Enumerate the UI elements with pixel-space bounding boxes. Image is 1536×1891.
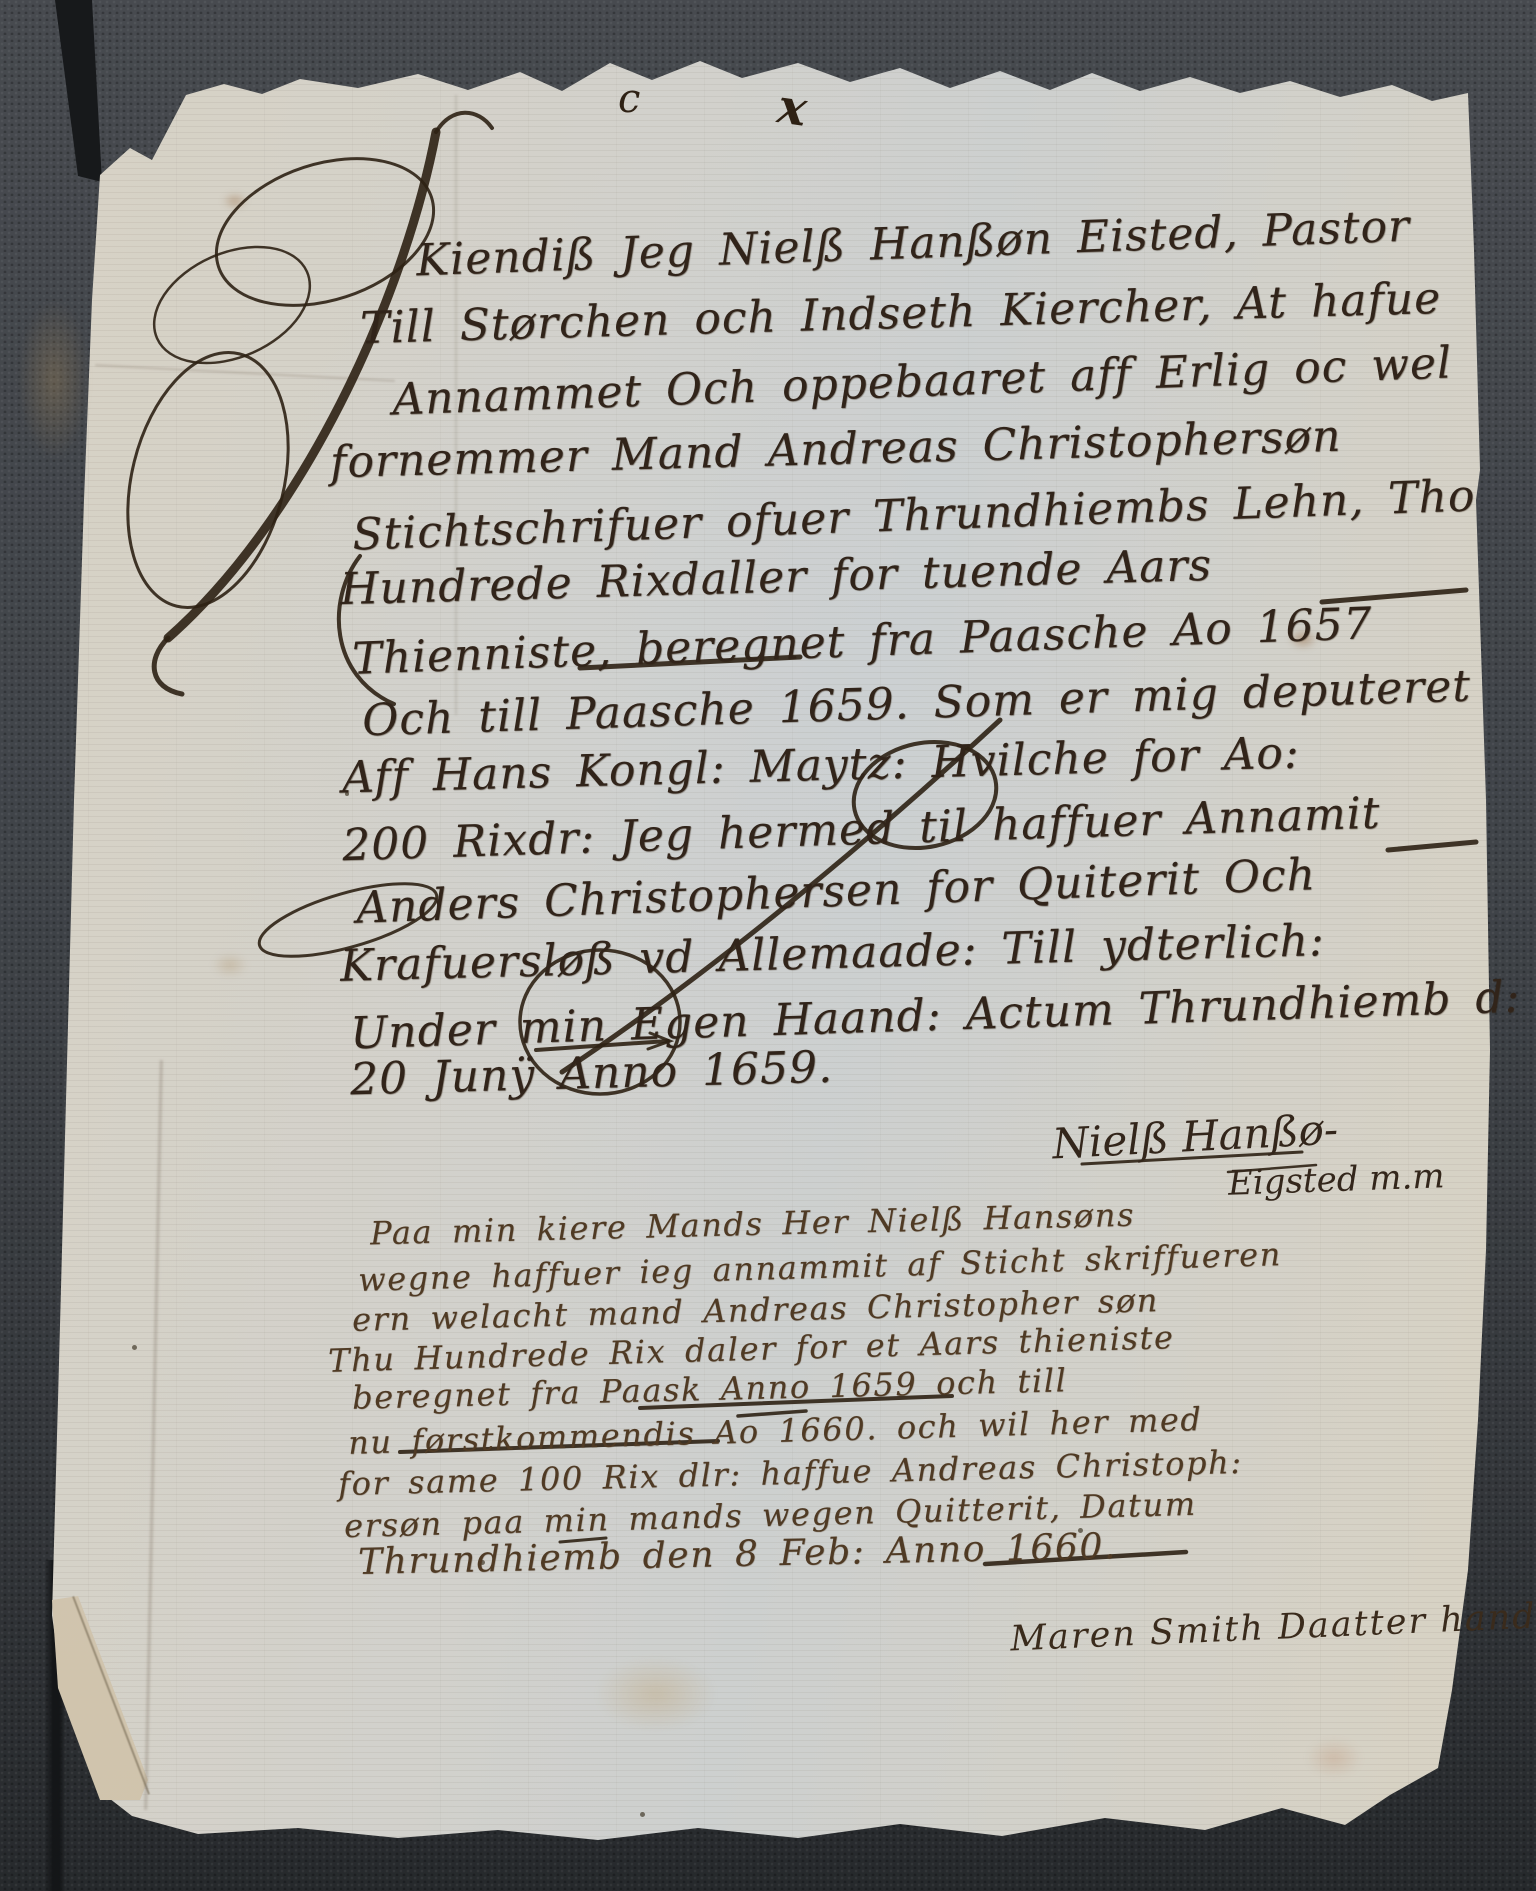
ink-speck [345, 792, 349, 796]
ink-speck [480, 1560, 485, 1565]
paper-stain [18, 300, 90, 460]
ink-speck [640, 1812, 645, 1817]
ink-speck [1078, 1528, 1083, 1533]
photo-background: c x Kiendiß Jeg Nielß Hanßøn Eisted, Pas… [0, 0, 1536, 1891]
paper-stain [212, 952, 248, 978]
top-mark-c: c [618, 76, 640, 122]
paper-stain [222, 192, 248, 210]
paper-stain [1306, 1738, 1362, 1778]
ink-speck [132, 1345, 137, 1350]
paper-stain [1288, 628, 1318, 650]
manuscript-page [0, 0, 1536, 1891]
paper-crease [455, 95, 457, 715]
paper-stain [596, 1656, 716, 1732]
